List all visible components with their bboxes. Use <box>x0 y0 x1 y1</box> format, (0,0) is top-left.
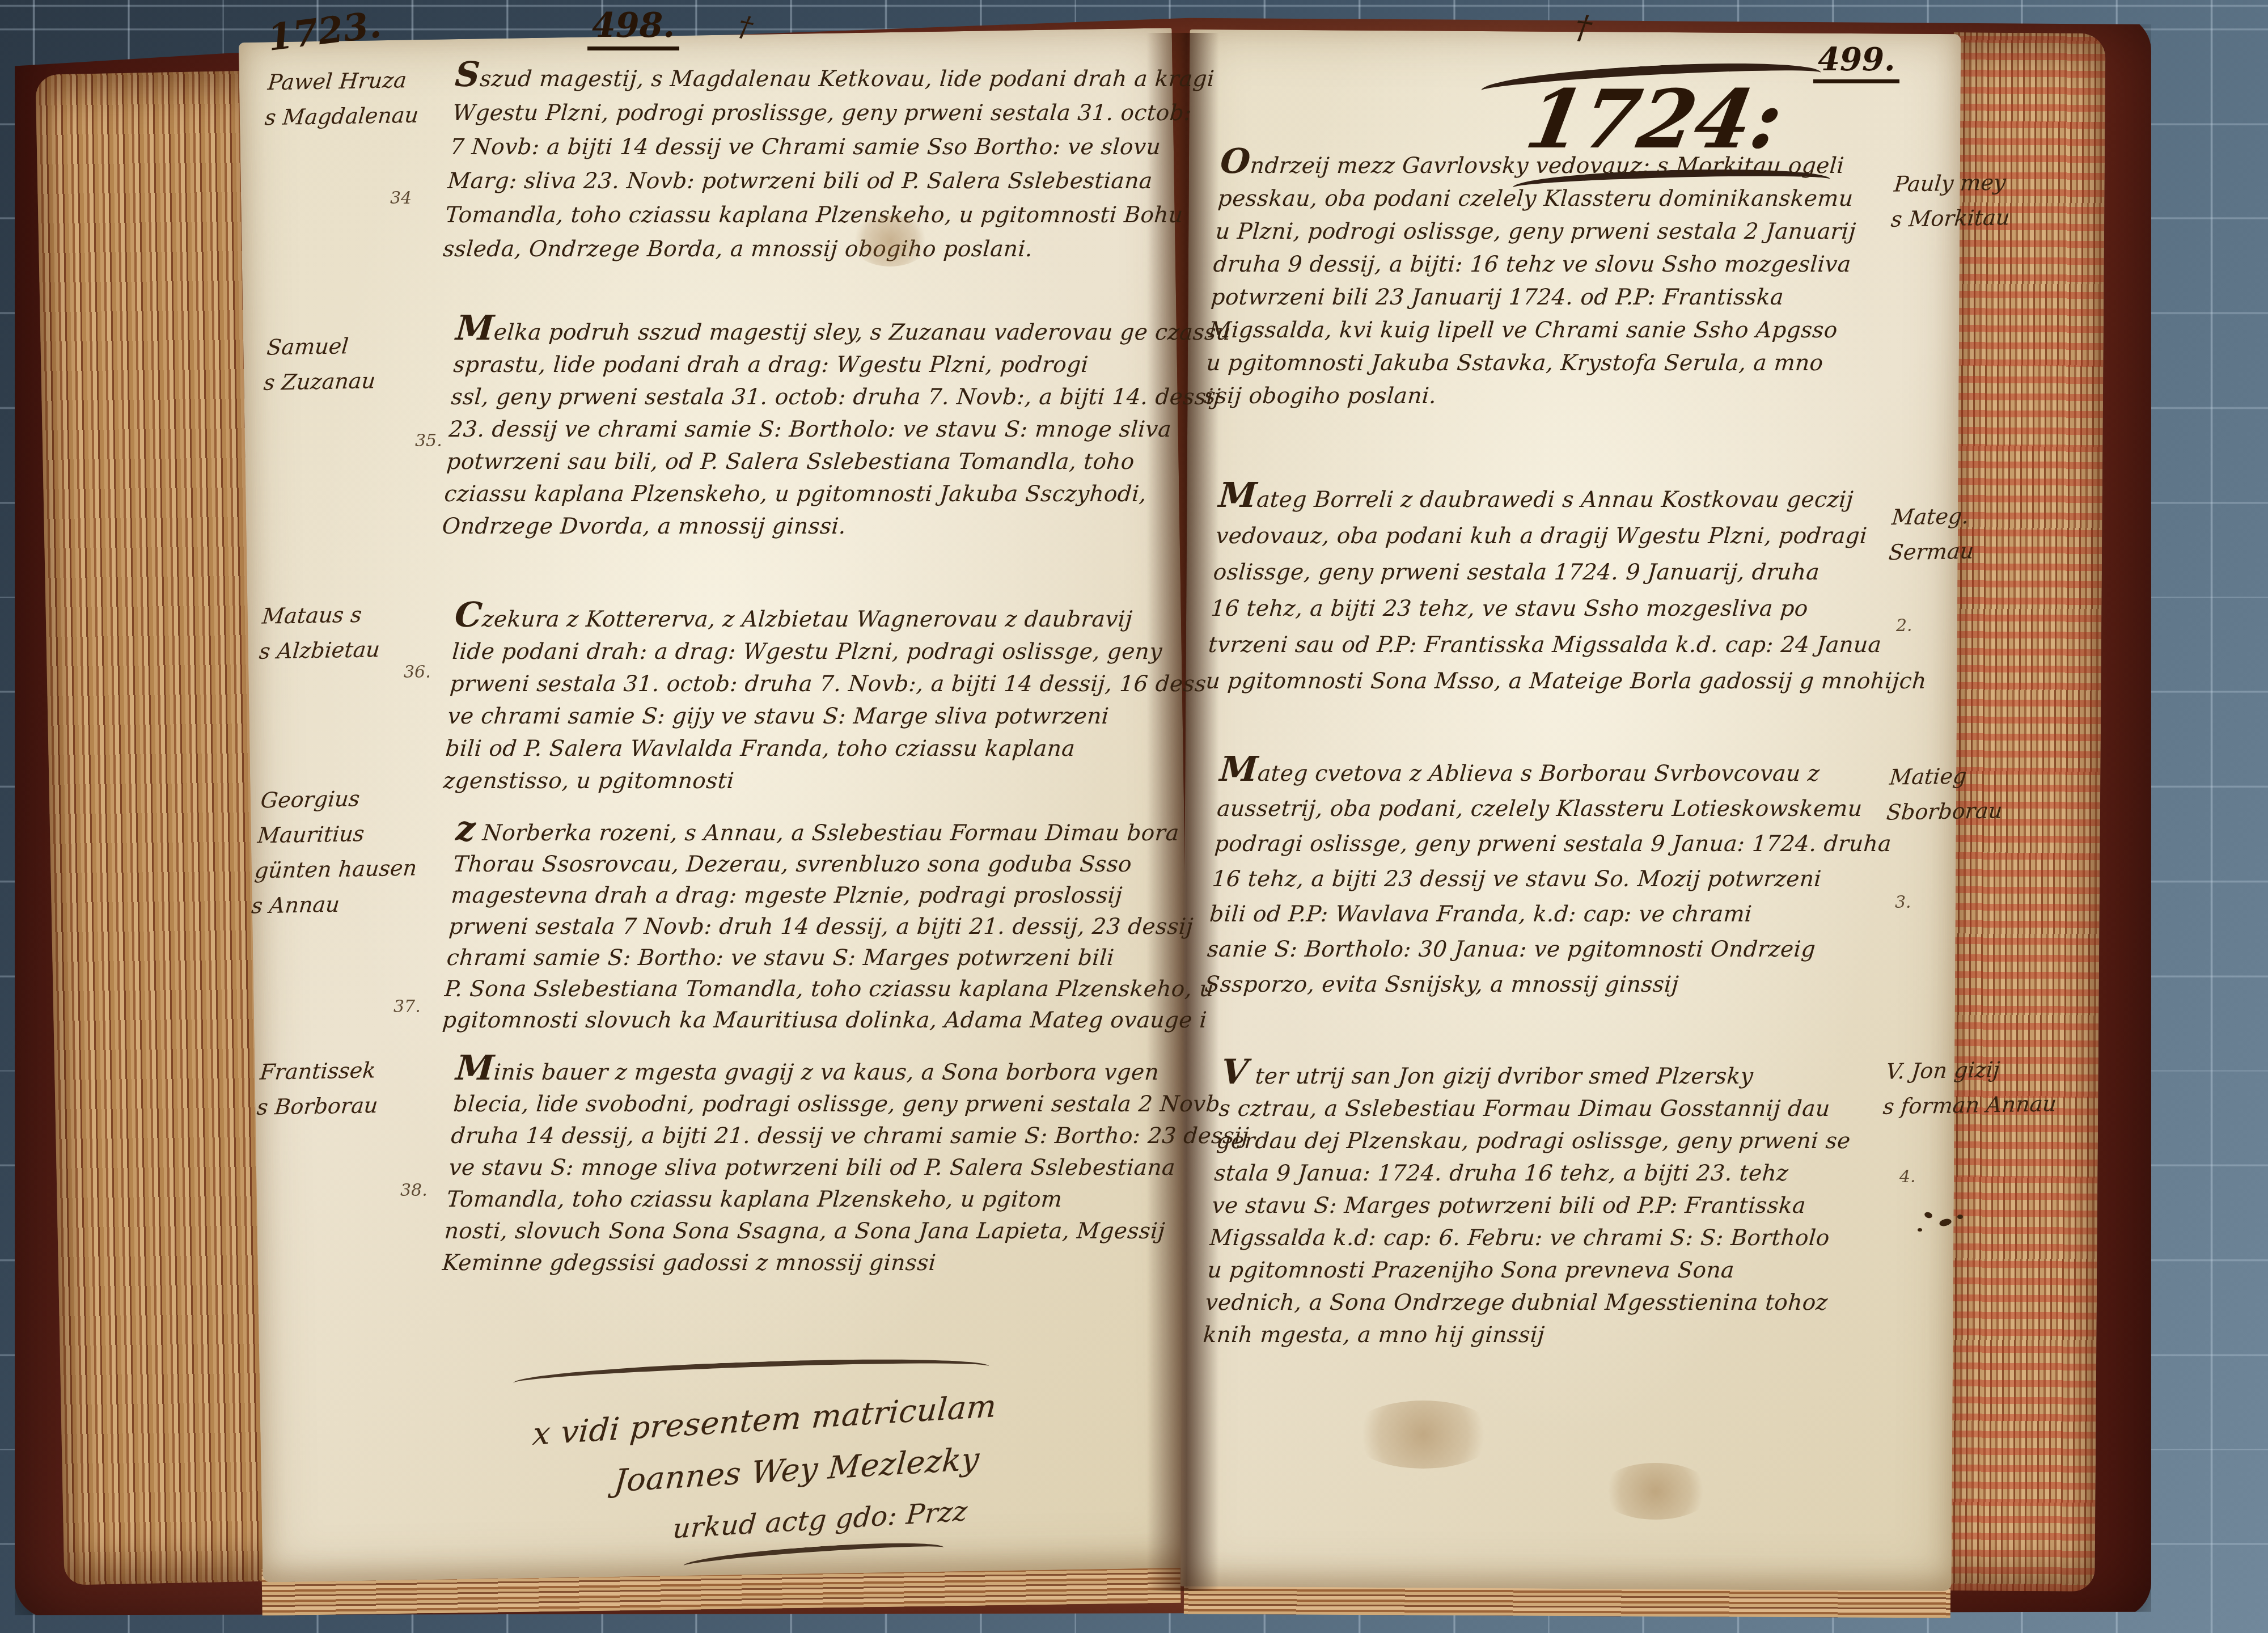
handwritten-line: u pgitomnosti Jakuba Sstavka, Krystofa S… <box>1205 347 1848 380</box>
handwritten-line: bili od P. Salera Wavlalda Franda, toho … <box>445 733 1203 765</box>
handwritten-line: prweni sestala 31. octob: druha 7. Novb:… <box>449 668 1208 700</box>
ink-spatter <box>1957 1215 1963 1219</box>
entry-body: Czekura z Kottererva, z Alzbietau Wagner… <box>442 599 1212 797</box>
margin-label: Frantisseks Borborau <box>255 1052 382 1125</box>
margin-label: MatiegSborborau <box>1885 758 2007 830</box>
handwritten-line: magestevna drah a drag: mgeste Plznie, p… <box>450 880 1222 911</box>
photo-of-open-register-book: 1723. 498. † Pawel Hruzas Magdalenau 34 … <box>0 0 2268 1633</box>
margin-number: 34 <box>390 188 412 208</box>
handwritten-line: Mauritius <box>256 815 422 853</box>
margin-label: V. Jon gizijs forman Annau <box>1881 1051 2061 1124</box>
handwritten-line: Sborborau <box>1885 793 2004 830</box>
handwritten-line: Matieg <box>1888 758 2007 795</box>
handwritten-line: druha 14 dessij, a bijti 21. dessij ve c… <box>450 1120 1250 1152</box>
handwritten-line: V ter utrij san Jon gizij dvribor smed P… <box>1220 1056 1857 1093</box>
handwritten-line: aussetrij, oba podani, czelely Klassteru… <box>1216 792 1895 827</box>
handwritten-line: Thorau Ssosrovcau, Dezerau, svrenbluzo s… <box>452 849 1224 880</box>
entry-body: V ter utrij san Jon gizij dvribor smed P… <box>1202 1056 1856 1351</box>
entry-body: Melka podruh sszud magestij sley, s Zuza… <box>441 312 1232 543</box>
handwritten-line: Czekura z Kottererva, z Alzbietau Wagner… <box>454 599 1212 636</box>
handwritten-line: podragi oslissge, geny prweni sestala 9 … <box>1213 827 1893 862</box>
handwritten-line: lide podani drah: a drag: Wgestu Plzni, … <box>451 636 1210 668</box>
margin-number: 3. <box>1895 892 1911 912</box>
handwritten-line: u pgitomnosti Sona Msso, a Mateige Borla… <box>1204 663 1928 700</box>
handwritten-line: potwrzeni bili 23 Januarij 1724. od P.P:… <box>1210 281 1852 314</box>
margin-label: GeorgiusMauritiusgünten hausens Annau <box>250 780 425 924</box>
margin-label: Samuels Zuzanau <box>262 328 380 400</box>
handwritten-line: Tomandla, toho cziassu kaplana Plzenskeh… <box>446 1184 1246 1216</box>
handwritten-line: s Borborau <box>255 1088 379 1125</box>
handwritten-line: knih mgesta, a mno hij ginssij <box>1202 1319 1838 1351</box>
paper-stain <box>1349 1401 1497 1469</box>
handwritten-line: vedovauz, oba podani kuh a dragij Wgestu… <box>1215 518 1938 555</box>
handwritten-line: vednich, a Sona Ondrzege dubnial Mgessti… <box>1204 1287 1840 1319</box>
handwritten-line: ssl, geny prweni sestala 31. octob: druh… <box>450 381 1228 413</box>
handwritten-line: zgenstisso, u pgitomnosti <box>442 765 1201 797</box>
margin-number: 37. <box>393 997 421 1017</box>
entry-body: Sszud magestij, s Magdalenau Ketkovau, l… <box>442 58 1216 266</box>
handwritten-line: sanie S: Bortholo: 30 Janua: ve pgitomno… <box>1206 932 1885 967</box>
handwritten-line: Migssalda k.d: cap: 6. Febru: ve chrami … <box>1209 1222 1845 1254</box>
handwritten-line: pgitomnosti slovuch ka Mauritiusa dolink… <box>441 1005 1213 1036</box>
paper-stain <box>850 215 930 266</box>
ink-spatter <box>1918 1228 1922 1232</box>
book-gutter-shadow <box>1146 33 1219 1591</box>
right-page-number: 499. <box>1813 41 1899 83</box>
handwritten-line: Georgius <box>259 780 425 818</box>
handwritten-line: tvrzeni sau od P.P: Frantisska Migssalda… <box>1207 627 1931 663</box>
handwritten-line: u Plzni, podrogi oslissge, geny prweni s… <box>1215 215 1857 248</box>
handwritten-line: ve stavu S: mnoge sliva potwrzeni bili o… <box>448 1152 1248 1184</box>
handwritten-line: V. Jon gizij <box>1885 1051 2061 1089</box>
handwritten-line: druha 9 dessij, a bijti: 16 tehz ve slov… <box>1212 248 1855 281</box>
handwritten-line: ssleda, Ondrzege Borda, a mnossij obogih… <box>442 232 1204 266</box>
handwritten-line: ve chrami samie S: gijy ve stavu S: Marg… <box>447 700 1205 733</box>
handwritten-line: s Zuzanau <box>262 363 377 400</box>
handwritten-line: günten hausen <box>253 851 418 889</box>
handwritten-line: Marg: sliva 23. Novb: potwrzeni bili od … <box>447 164 1209 198</box>
margin-number: 4. <box>1899 1167 1916 1187</box>
handwritten-line: sprastu, lide podani drah a drag: Wgestu… <box>452 349 1230 381</box>
handwritten-line: Tomandla, toho cziassu kaplana Plzenskeh… <box>444 198 1206 232</box>
handwritten-line: Ondrzege Dvorda, a mnossij ginssi. <box>441 510 1218 543</box>
handwritten-line: 16 tehz, a bijti 23 tehz, ve stavu Ssho … <box>1209 591 1933 627</box>
handwritten-line: Pawel Hruza <box>266 62 424 100</box>
handwritten-line: Wgestu Plzni, podrogi proslissge, geny p… <box>451 96 1213 130</box>
handwritten-line: bili od P.P: Wavlava Franda, k.d: cap: v… <box>1208 897 1888 932</box>
handwritten-line: s Magdalenau <box>263 98 420 136</box>
handwritten-line: u pgitomnosti Prazenijho Sona prevneva S… <box>1207 1254 1843 1287</box>
margin-label: Pawel Hruzas Magdalenau <box>263 62 423 136</box>
handwritten-line: ve stavu S: Marges potwrzeni bili od P.P… <box>1211 1190 1847 1222</box>
handwritten-line: Keminne gdegssisi gadossi z mnossij gins… <box>441 1247 1241 1279</box>
handwritten-line: chrami samie S: Bortho: ve stavu S: Marg… <box>446 942 1217 974</box>
handwritten-line: s Alzbietau <box>257 632 381 669</box>
handwritten-line: stala 9 Janua: 1724. druha 16 tehz, a bi… <box>1213 1157 1850 1190</box>
handwritten-line: Frantissek <box>259 1052 383 1090</box>
handwritten-line: s forman Annau <box>1881 1086 2058 1124</box>
certification-note: x vidi presentem matriculamJoannes Wey M… <box>522 1380 998 1564</box>
handwritten-line: 16 tehz, a bijti 23 dessij ve stavu So. … <box>1211 862 1890 897</box>
handwritten-line: Sssporzo, evita Ssnijsky, a mnossij gins… <box>1204 967 1883 1002</box>
handwritten-line: ssij obogiho poslani. <box>1203 380 1845 413</box>
handwritten-line: s Morkitau <box>1889 200 2011 237</box>
handwritten-line: pesskau, oba podani czelely Klassteru do… <box>1217 183 1859 215</box>
handwritten-line: P. Sona Sslebestiana Tomandla, toho czia… <box>443 974 1215 1005</box>
handwritten-line: Sszud magestij, s Magdalenau Ketkovau, l… <box>454 58 1216 96</box>
entry-body: Ondrzeij mezz Gavrlovsky vedovauz; s Mor… <box>1203 145 1861 413</box>
handwritten-line: gerdau dej Plzenskau, podragi oslissge, … <box>1216 1125 1852 1157</box>
entry-body: Mateg Borreli z daubrawedi s Annau Kostk… <box>1204 477 1940 700</box>
margin-label: Mataus ss Alzbietau <box>257 596 384 669</box>
handwritten-line: Minis bauer z mgesta gvagij z va kaus, a… <box>455 1052 1255 1089</box>
margin-number: 38. <box>400 1181 428 1200</box>
handwritten-line: prweni sestala 7 Novb: druh 14 dessij, a… <box>448 911 1220 942</box>
margin-label: Pauly meys Morkitau <box>1889 164 2014 237</box>
handwritten-line: s Annau <box>250 885 416 923</box>
handwritten-line: Mataus s <box>261 596 384 634</box>
handwritten-line: s cztrau, a Sslebestiau Formau Dimau Gos… <box>1218 1093 1854 1125</box>
left-page-number: 498. <box>587 6 679 50</box>
handwritten-line: cziassu kaplana Plzenskeho, u pgitomnost… <box>443 478 1221 510</box>
handwritten-line: Mateg Borreli z daubrawedi s Annau Kostk… <box>1217 477 1941 518</box>
margin-number: 36. <box>404 662 431 682</box>
handwritten-line: Migssalda, kvi kuig lipell ve Chrami san… <box>1208 314 1850 347</box>
handwritten-line: potwrzeni sau bili, od P. Salera Sslebes… <box>446 446 1223 478</box>
margin-number: 35. <box>415 431 442 451</box>
handwritten-line: 23. dessij ve chrami samie S: Bortholo: … <box>448 413 1225 446</box>
handwritten-line: oslissge, geny prweni sestala 1724. 9 Ja… <box>1212 555 1936 591</box>
entry-body: z Norberka rozeni, s Annau, a Sslebestia… <box>441 813 1226 1036</box>
handwritten-line: Ondrzeij mezz Gavrlovsky vedovauz; s Mor… <box>1219 145 1862 183</box>
handwritten-line: Melka podruh sszud magestij sley, s Zuza… <box>455 312 1232 349</box>
paper-stain <box>1599 1463 1712 1520</box>
handwritten-line: Samuel <box>265 328 380 365</box>
handwritten-line: z Norberka rozeni, s Annau, a Sslebestia… <box>454 813 1226 849</box>
handwritten-line: Mateg cvetova z Ablieva s Borborau Svrbo… <box>1218 752 1898 792</box>
handwritten-line: 7 Novb: a bijti 14 dessij ve Chrami sami… <box>449 130 1211 164</box>
handwritten-line: blecia, lide svobodni, podragi oslissge,… <box>452 1089 1253 1120</box>
handwritten-line: nosti, slovuch Sona Sona Ssagna, a Sona … <box>443 1216 1243 1247</box>
entry-body: Mateg cvetova z Ablieva s Borborau Svrbo… <box>1204 752 1898 1002</box>
entry-body: Minis bauer z mgesta gvagij z va kaus, a… <box>441 1052 1255 1279</box>
handwritten-line: Pauly mey <box>1893 164 2015 202</box>
